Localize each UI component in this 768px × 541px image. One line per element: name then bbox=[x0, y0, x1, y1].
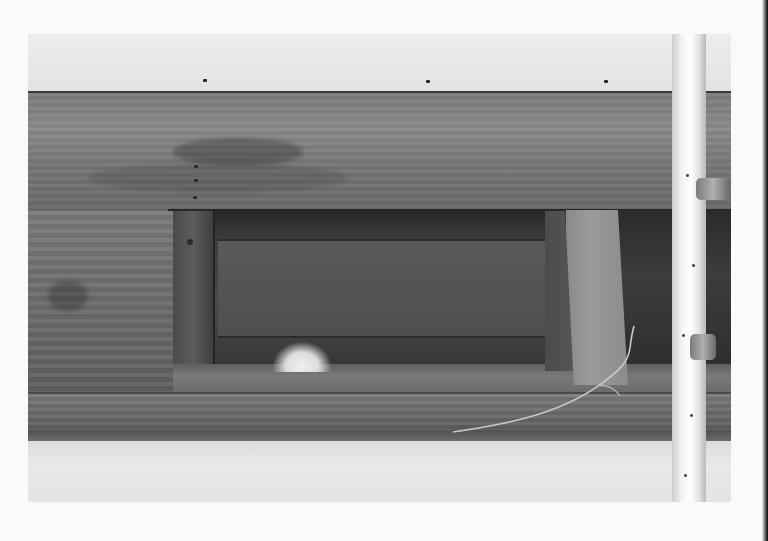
rust-spot bbox=[684, 474, 687, 477]
water-stain bbox=[88, 163, 348, 193]
rust-spot bbox=[686, 174, 689, 177]
scan-edge-shadow bbox=[762, 0, 768, 541]
pipe-clamp bbox=[690, 334, 716, 360]
loose-wire bbox=[448, 324, 638, 434]
left-wood-post bbox=[173, 211, 215, 366]
top-wood-beam bbox=[28, 91, 731, 213]
nail-hole bbox=[604, 80, 608, 83]
rust-spot bbox=[690, 414, 693, 417]
photograph bbox=[28, 34, 731, 502]
plaster-wall-bottom bbox=[28, 441, 731, 502]
nail-hole bbox=[194, 165, 198, 168]
left-wood-board bbox=[28, 211, 175, 398]
wood-knot bbox=[48, 281, 88, 311]
rust-spot bbox=[682, 334, 685, 337]
pipe-bracket bbox=[696, 178, 730, 200]
painted-wall-top bbox=[28, 34, 731, 92]
water-stain bbox=[173, 138, 303, 166]
rust-spot bbox=[692, 264, 695, 267]
debris-pile bbox=[273, 342, 331, 372]
bolt-hole bbox=[187, 239, 193, 245]
nail-hole bbox=[426, 80, 430, 83]
vertical-pipe bbox=[672, 34, 706, 502]
nail-hole bbox=[194, 179, 198, 182]
nail-hole bbox=[193, 196, 197, 199]
nail-hole bbox=[203, 79, 207, 82]
